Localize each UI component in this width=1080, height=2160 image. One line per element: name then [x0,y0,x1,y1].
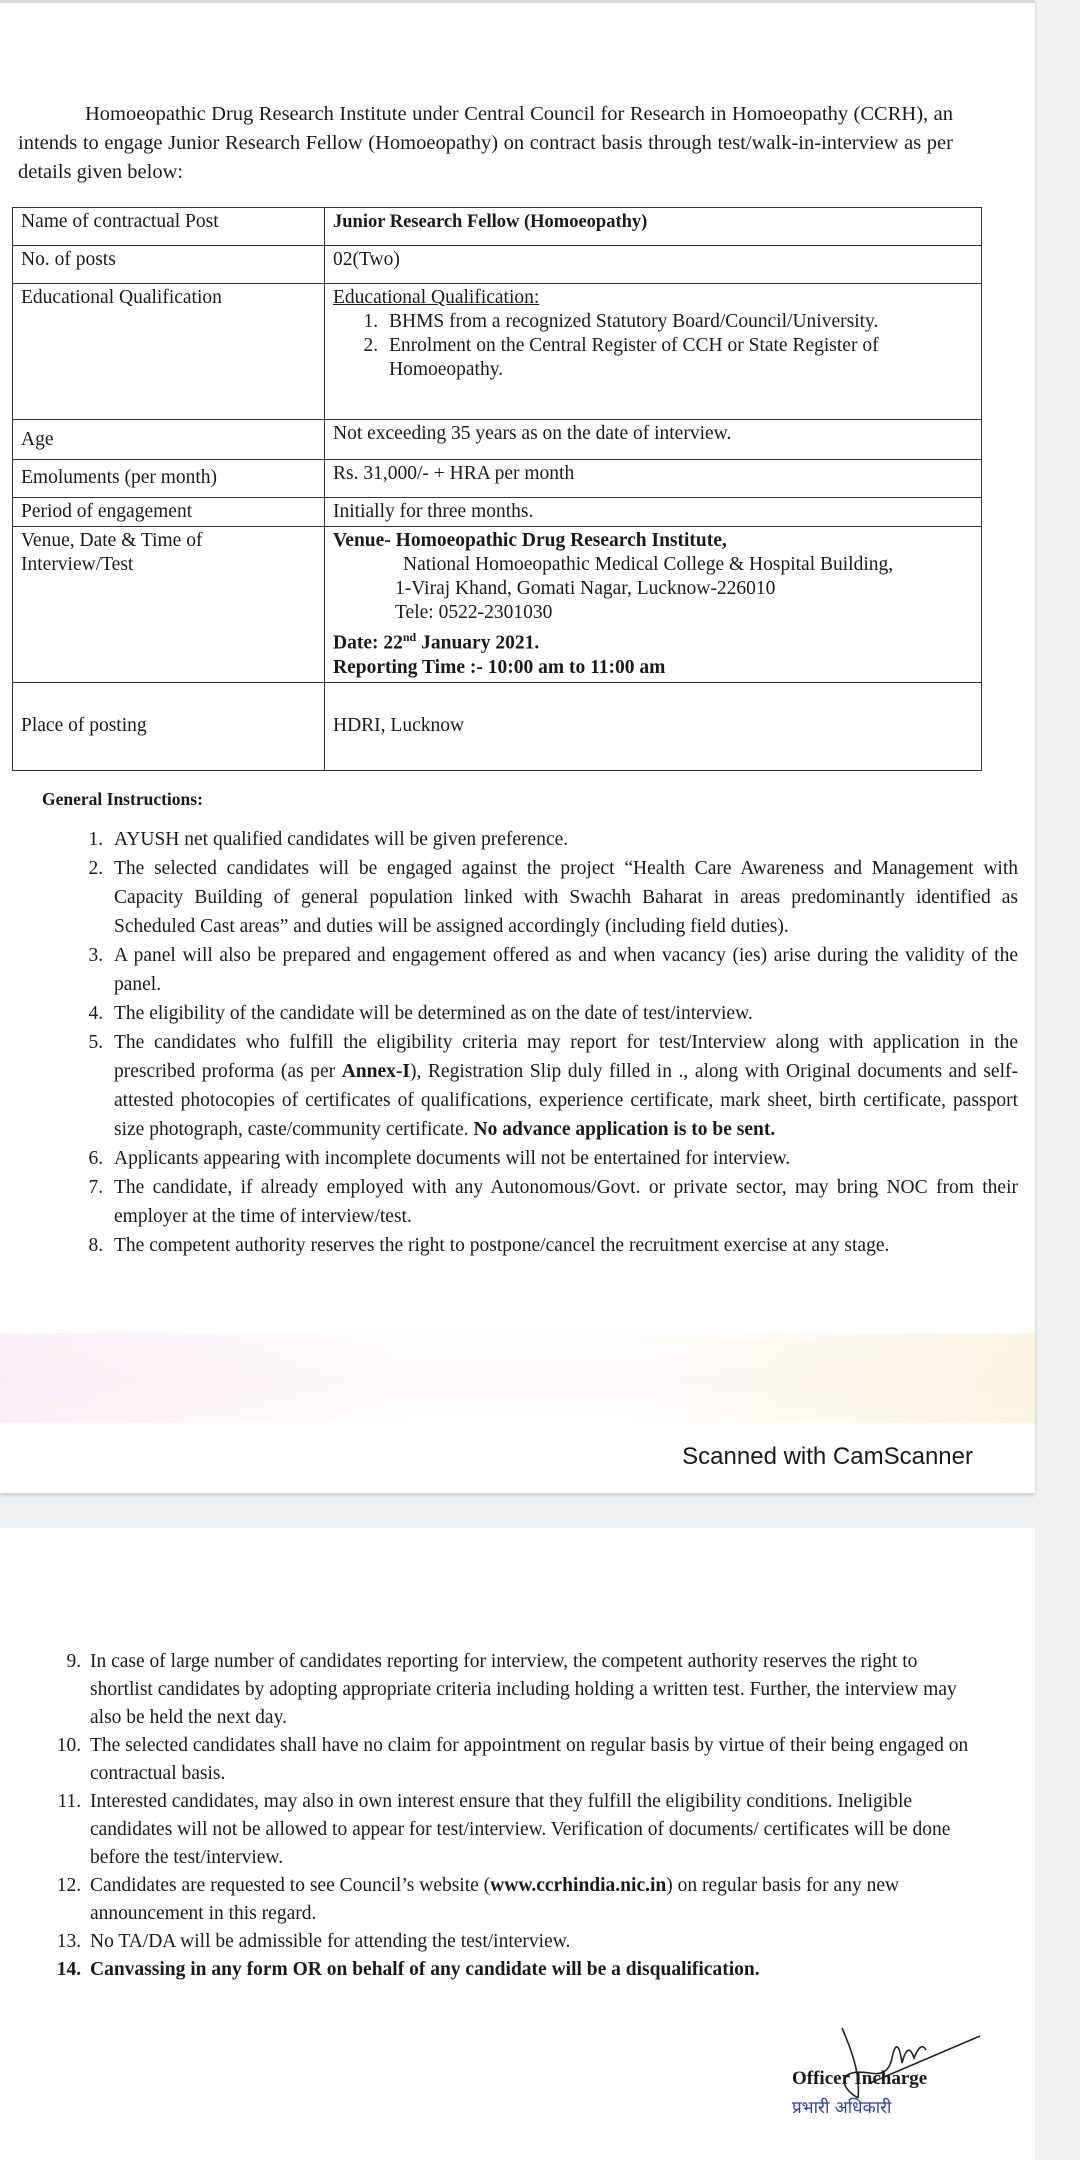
edu-item: BHMS from a recognized Statutory Board/C… [383,310,973,334]
venue-line-1: Venue- Homoeopathic Drug Research Instit… [333,529,973,553]
post-label: Name of contractual Post [13,208,325,246]
signatory-title: Officer Incharge [792,2068,927,2090]
post-value: Junior Research Fellow (Homoeopathy) [325,208,982,246]
instruction-item: A panel will also be prepared and engage… [108,941,1018,999]
signatory-title-hindi: प्रभारी अधिकारी [792,2095,891,2118]
venue-line-4: Tele: 0522-2301030 [333,601,973,625]
instruction-item: Applicants appearing with incomplete doc… [108,1144,1018,1173]
instruction-item: The candidate, if already employed with … [108,1173,1018,1231]
instruction-item: The selected candidates will be engaged … [108,854,1018,941]
age-value: Not exceeding 35 years as on the date of… [325,420,982,460]
edu-heading: Educational Qualification: [333,286,973,310]
table-row: Educational Qualification Educational Qu… [13,284,982,420]
instruction-item: AYUSH net qualified candidates will be g… [108,825,1018,854]
instructions-list-page-2: In case of large number of candidates re… [42,1648,976,1984]
venue-line-2: National Homoeopathic Medical College & … [333,553,973,577]
general-instructions-title: General Instructions: [42,789,203,810]
instruction-item: The candidates who fulfill the eligibili… [108,1028,1018,1144]
table-row: Venue, Date & Time of Interview/Test Ven… [13,527,982,683]
document-page-2: In case of large number of candidates re… [0,1528,1035,2160]
table-row: Name of contractual Post Junior Research… [13,208,982,246]
instruction-item: In case of large number of candidates re… [86,1648,976,1732]
instruction-item: The selected candidates shall have no cl… [86,1732,976,1788]
emoluments-label: Emoluments (per month) [13,460,325,498]
council-website-link: www.ccrhindia.nic.in [490,1875,666,1896]
instruction-item: No TA/DA will be admissible for attendin… [86,1928,976,1956]
edu-label: Educational Qualification [13,284,325,420]
camscanner-watermark: Scanned with CamScanner [682,1443,973,1471]
venue-value: Venue- Homoeopathic Drug Research Instit… [325,527,982,683]
instruction-item: Candidates are requested to see Council’… [86,1872,976,1928]
instruction-item: Interested candidates, may also in own i… [86,1788,976,1872]
period-value: Initially for three months. [325,498,982,527]
num-posts-value: 02(Two) [325,246,982,284]
document-page-1: Homoeopathic Drug Research Institute und… [0,0,1035,1493]
table-row: No. of posts 02(Two) [13,246,982,284]
num-posts-label: No. of posts [13,246,325,284]
venue-line-3: 1-Viraj Khand, Gomati Nagar, Lucknow-226… [333,577,973,601]
period-label: Period of engagement [13,498,325,527]
instruction-item: Canvassing in any form OR on behalf of a… [86,1956,976,1984]
post-details-table: Name of contractual Post Junior Research… [12,207,982,771]
edu-value: Educational Qualification: BHMS from a r… [325,284,982,420]
emoluments-value: Rs. 31,000/- + HRA per month [325,460,982,498]
interview-date: Date: 22nd January 2021. [333,625,973,656]
venue-label: Venue, Date & Time of Interview/Test [13,527,325,683]
instructions-list-page-1: AYUSH net qualified candidates will be g… [62,825,1018,1260]
instruction-item: The eligibility of the candidate will be… [108,999,1018,1028]
table-row: Period of engagement Initially for three… [13,498,982,527]
place-label: Place of posting [13,682,325,770]
reporting-time: Reporting Time :- 10:00 am to 11:00 am [333,656,973,680]
intro-paragraph: Homoeopathic Drug Research Institute und… [18,100,953,187]
table-row: Place of posting HDRI, Lucknow [13,682,982,770]
edu-item: Enrolment on the Central Register of CCH… [383,334,973,382]
place-value: HDRI, Lucknow [325,682,982,770]
edu-list: BHMS from a recognized Statutory Board/C… [333,310,973,382]
table-row: Emoluments (per month) Rs. 31,000/- + HR… [13,460,982,498]
age-label: Age [13,420,325,460]
instruction-item: The competent authority reserves the rig… [108,1231,1018,1260]
table-row: Age Not exceeding 35 years as on the dat… [13,420,982,460]
intro-text: Homoeopathic Drug Research Institute und… [18,103,953,183]
